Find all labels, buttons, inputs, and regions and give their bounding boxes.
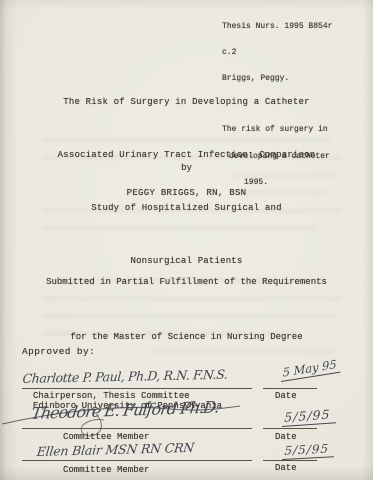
submission-line: Submitted in Partial Fulfillment of the … (0, 273, 373, 291)
signature-line (22, 460, 252, 461)
call-number-line: c.2 (222, 49, 332, 58)
byline-preposition: by (0, 163, 373, 173)
date-line (263, 428, 317, 429)
role-label: Committee Member (63, 465, 149, 475)
date-line (263, 460, 317, 461)
approved-by-heading: Approved by: (22, 346, 95, 357)
submission-line: for the Master of Science in Nursing Deg… (0, 328, 373, 346)
signature-chairperson: Charlotte P. Paul, Ph.D, R.N. F.N.S. (22, 367, 228, 386)
date-line (263, 388, 317, 389)
thesis-title-line: Study of Hospitalized Surgical and (0, 200, 373, 218)
call-number-line: Thesis Nurs. 1995 B854r (222, 23, 332, 32)
signature-line (22, 428, 252, 429)
signature-date-committee-2: 5/5/95 (282, 441, 334, 460)
date-label: Date (275, 432, 297, 442)
signature-date-committee-1: 5/5/95 (282, 406, 337, 427)
signature-committee-member-2: Ellen Blair MSN RN CRN (36, 440, 195, 459)
date-label: Date (275, 391, 297, 401)
scanned-thesis-title-page: Thesis Nurs. 1995 B854r c.2 Briggs, Pegg… (0, 0, 373, 480)
signature-line (22, 388, 252, 389)
thesis-title-line: Associated Urinary Tract Infection: Comp… (0, 147, 373, 165)
thesis-title-line: The Risk of Surgery in Developing a Cath… (0, 94, 373, 112)
author-name: PEGGY BRIGGS, RN, BSN (0, 188, 373, 198)
date-label: Date (275, 463, 297, 473)
